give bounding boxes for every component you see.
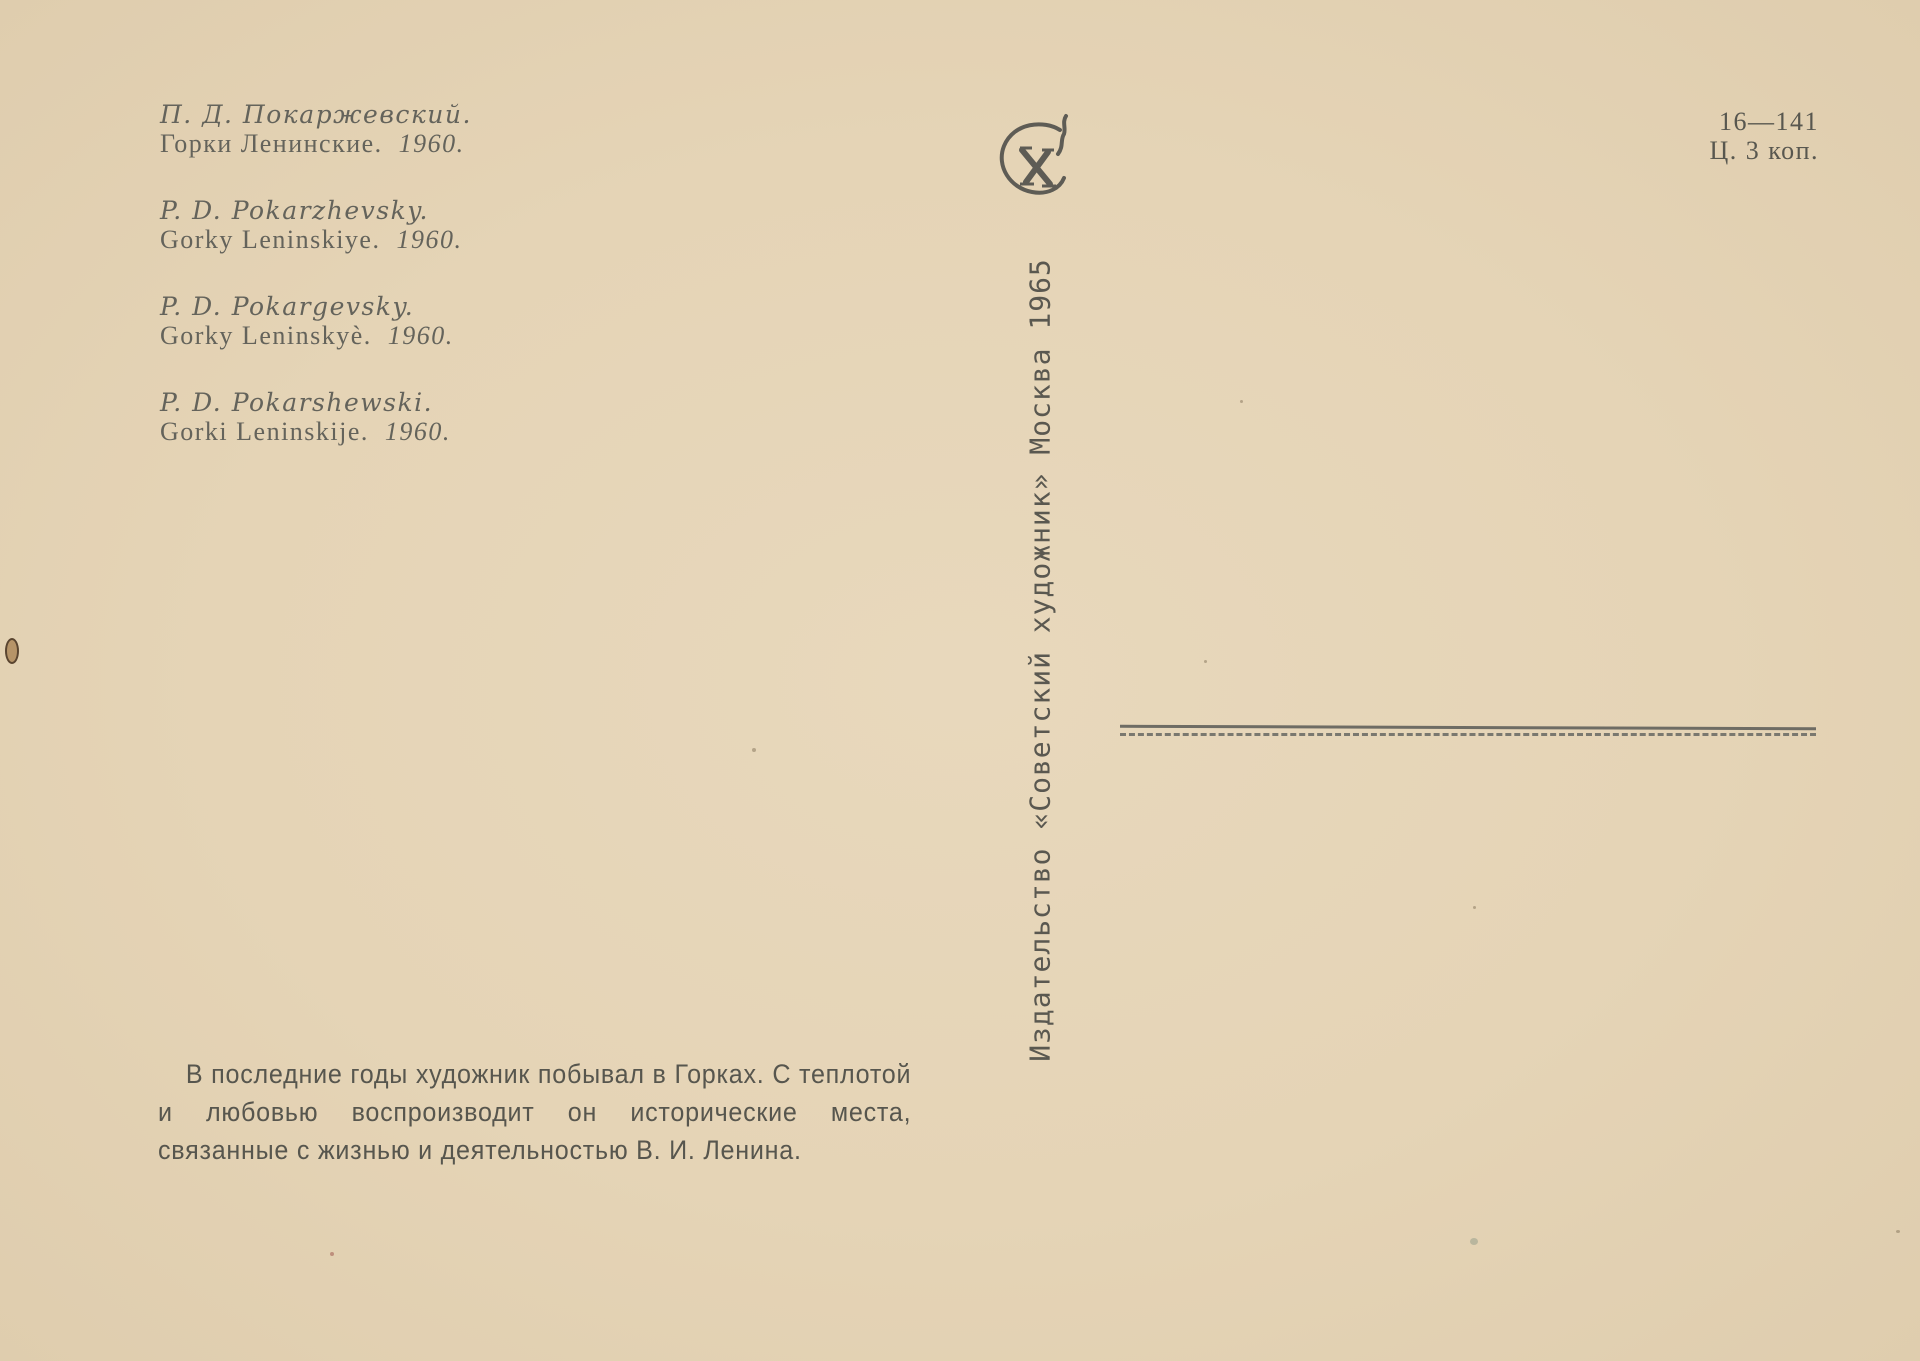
publisher-imprint: Издательство «Советский художник» Москва…	[1024, 258, 1057, 1062]
paper-speck	[330, 1252, 334, 1256]
paper-speck	[752, 748, 756, 752]
artwork-title-line: Gorki Leninskije. 1960.	[160, 417, 472, 446]
paper-speck	[1470, 1238, 1478, 1245]
paper-speck	[1204, 660, 1207, 663]
artist-name: P. D. Pokarzhevsky.	[160, 196, 472, 225]
credit-english: P. D. Pokarzhevsky. Gorky Leninskiye. 19…	[160, 196, 472, 254]
artist-name: P. D. Pokargevsky.	[160, 292, 472, 321]
paper-speck	[1240, 400, 1243, 403]
credit-french: P. D. Pokargevsky. Gorky Leninskyè. 1960…	[160, 292, 472, 350]
description-text: В последние годы художник побывал в Горк…	[158, 1055, 911, 1169]
artwork-title: Gorki Leninskije.	[160, 417, 369, 446]
artwork-title-line: Горки Ленинские. 1960.	[160, 129, 472, 158]
artwork-credits: П. Д. Покаржевский. Горки Ленинские. 196…	[160, 100, 472, 484]
paper-speck	[1473, 906, 1476, 909]
credit-russian: П. Д. Покаржевский. Горки Ленинские. 196…	[160, 100, 472, 158]
address-line-dashed	[1120, 733, 1816, 736]
paper-speck	[1896, 1230, 1900, 1233]
artist-name: П. Д. Покаржевский.	[160, 100, 472, 129]
artwork-year: 1960.	[388, 321, 454, 350]
artwork-title-line: Gorky Leninskyè. 1960.	[160, 321, 472, 350]
artwork-title: Gorky Leninskiye.	[160, 225, 380, 254]
edge-stain	[5, 638, 19, 664]
artwork-title: Gorky Leninskyè.	[160, 321, 372, 350]
artist-name: P. D. Pokarshewski.	[160, 388, 472, 417]
publisher-logo-icon	[992, 112, 1082, 202]
credit-german: P. D. Pokarshewski. Gorki Leninskije. 19…	[160, 388, 472, 446]
artwork-description: В последние годы художник побывал в Горк…	[158, 1055, 911, 1169]
address-lines	[1120, 726, 1816, 736]
address-line-solid	[1120, 725, 1816, 730]
artwork-title: Горки Ленинские.	[160, 129, 383, 158]
price: Ц. 3 коп.	[1709, 136, 1819, 165]
artwork-year: 1960.	[399, 129, 465, 158]
catalog-info: 16—141 Ц. 3 коп.	[1709, 107, 1819, 165]
artwork-title-line: Gorky Leninskiye. 1960.	[160, 225, 472, 254]
artwork-year: 1960.	[385, 417, 451, 446]
catalog-number: 16—141	[1709, 107, 1819, 136]
artwork-year: 1960.	[396, 225, 462, 254]
